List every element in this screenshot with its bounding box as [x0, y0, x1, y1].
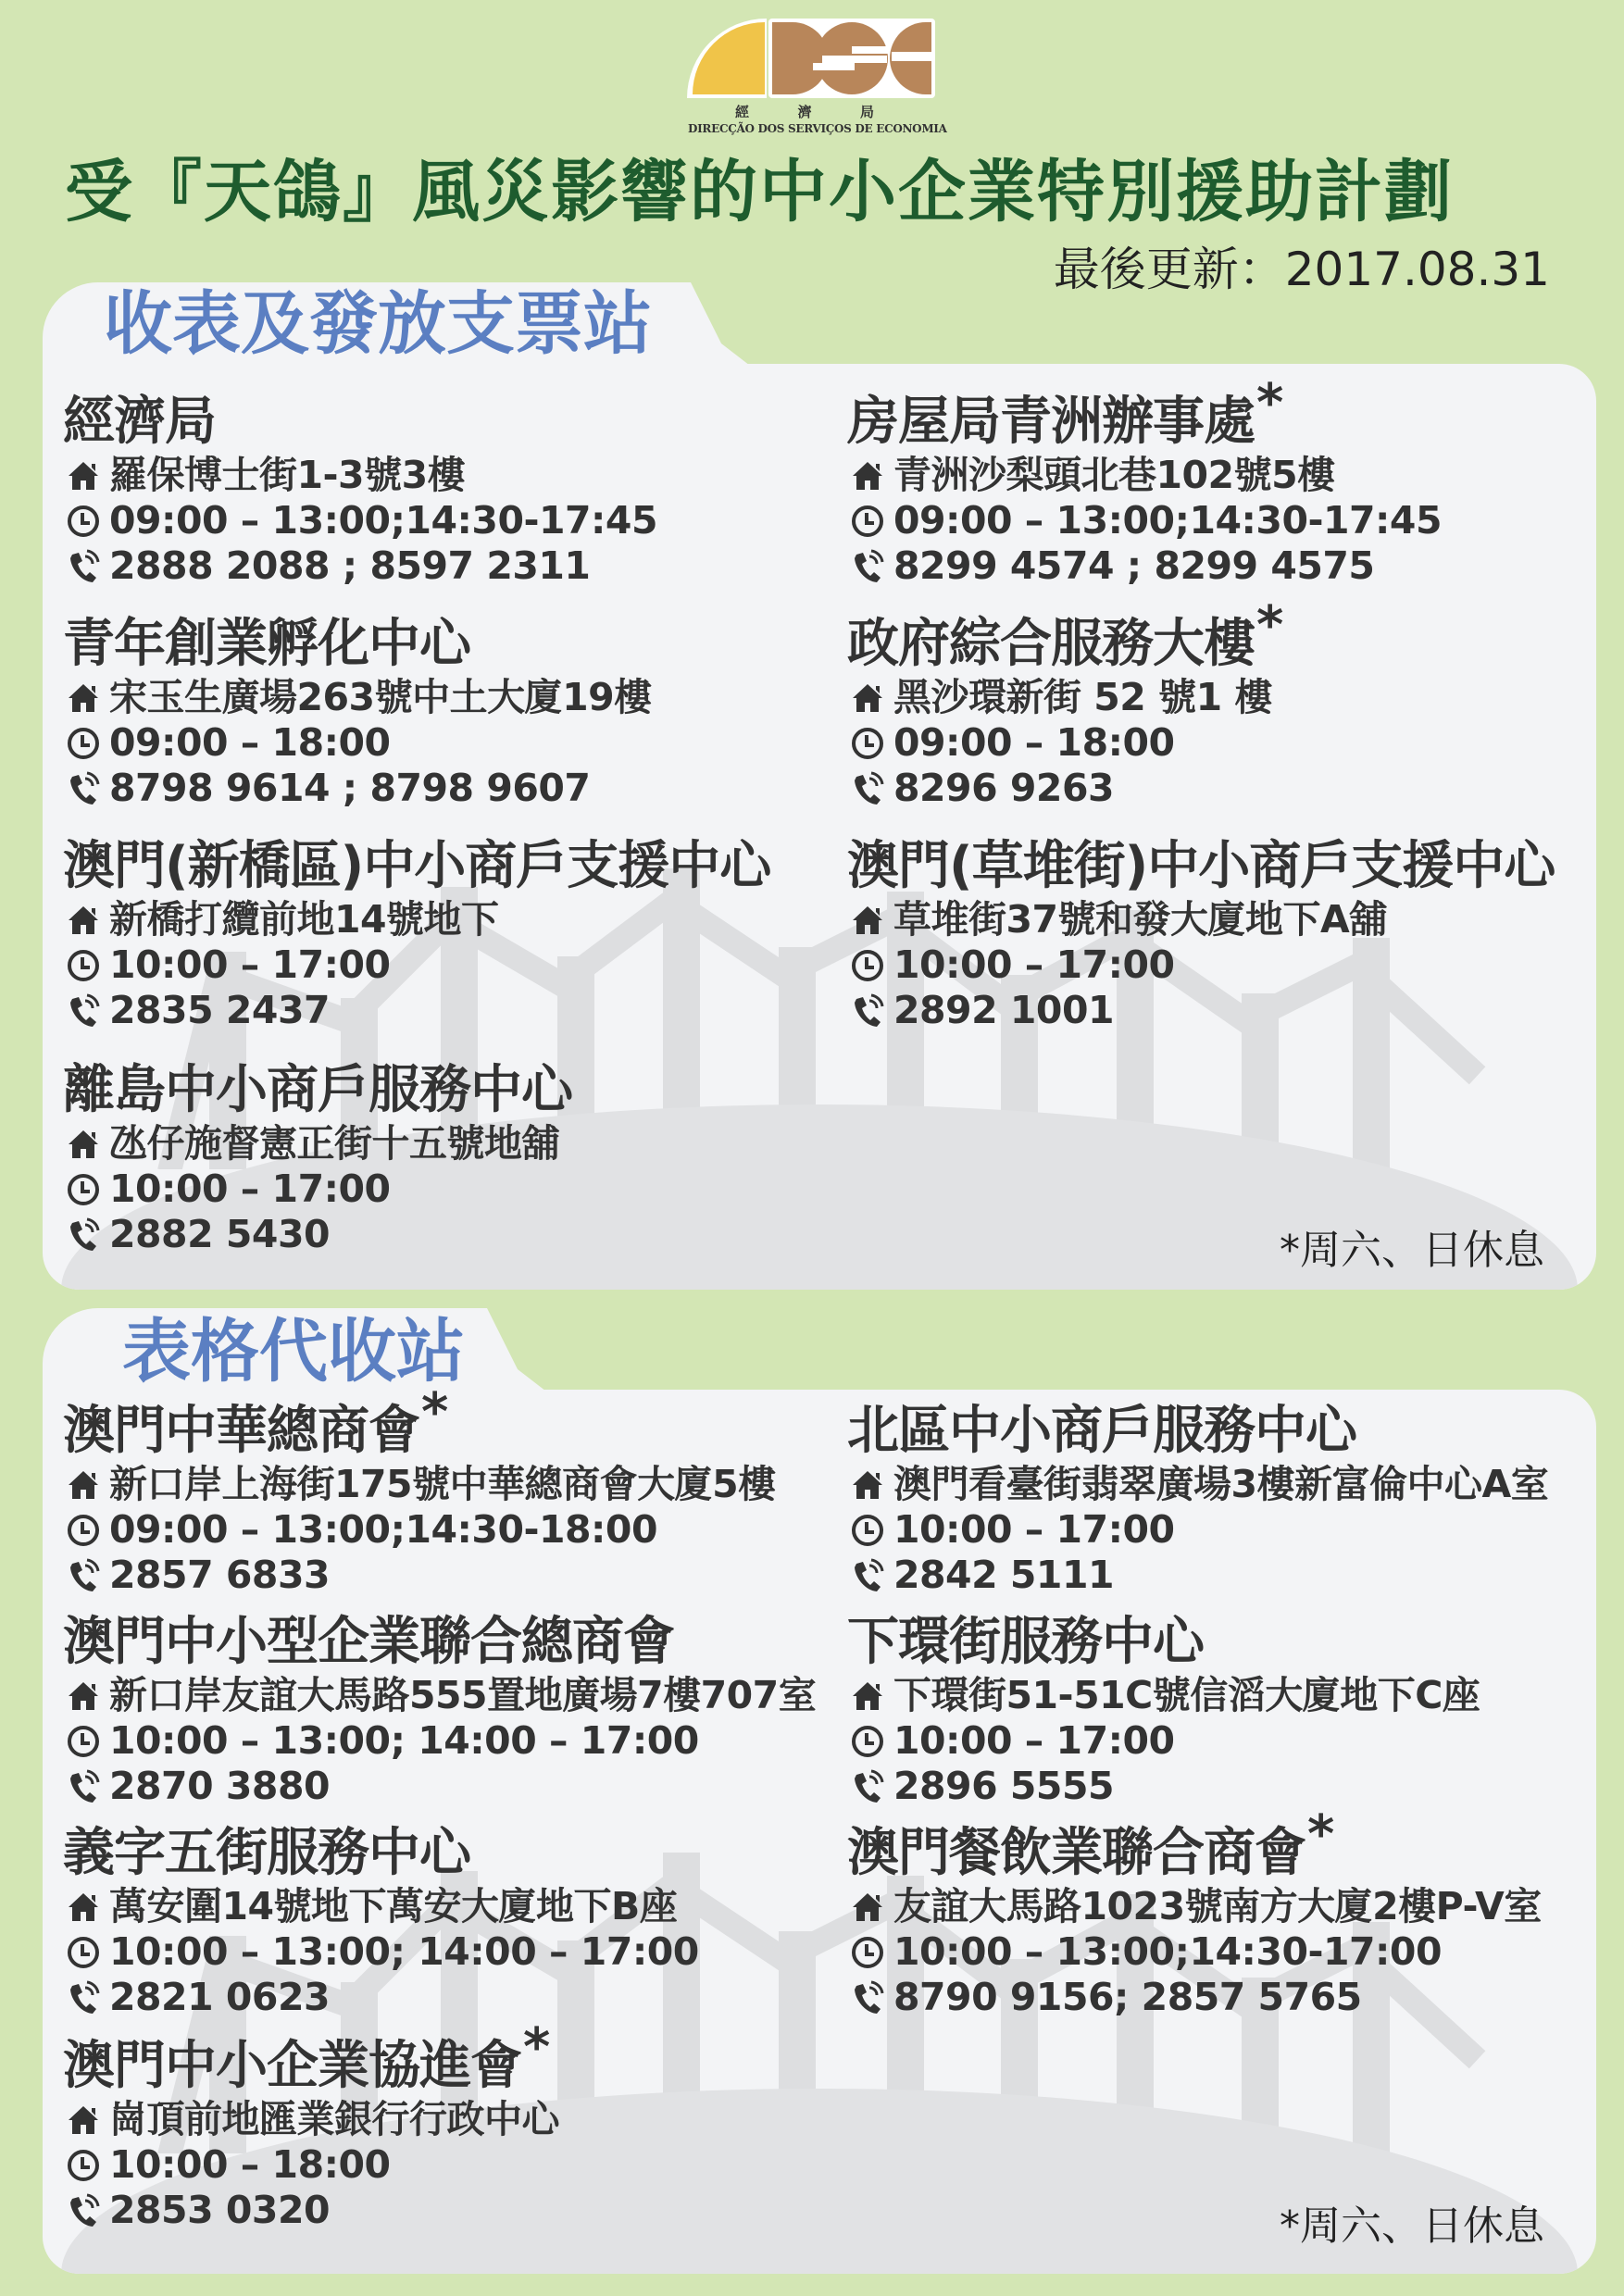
phone-text: 8798 9614 ; 8798 9607 [109, 766, 590, 811]
station-entry: 經濟局 羅保博士街1-3號3樓 09:00 – 13:00;14:30-17:4… [63, 392, 657, 589]
phone-icon [847, 1979, 888, 2016]
station-name-text: 義字五街服務中心 [63, 1823, 470, 1883]
clock-icon [63, 2147, 104, 2184]
hours-text: 10:00 – 13:00; 14:00 – 17:00 [109, 1718, 699, 1764]
house-icon [847, 1678, 888, 1715]
clock-icon [847, 1512, 888, 1549]
station-entry: 澳門中華總商會* 新口岸上海街175號中華總商會大廈5樓 09:00 – 13:… [63, 1401, 776, 1598]
address-line: 新橋打纜前地14號地下 [63, 897, 772, 942]
hours-text: 10:00 – 13:00; 14:00 – 17:00 [109, 1929, 699, 1975]
weekend-closed-marker: * [523, 2017, 549, 2078]
station-entry: 政府綜合服務大樓* 黑沙環新街 52 號1 樓 09:00 – 18:00 82… [847, 614, 1282, 811]
station-name: 澳門(草堆街)中小商戶支援中心 [847, 836, 1556, 897]
clock-icon [63, 725, 104, 762]
hours-text: 09:00 – 13:00;14:30-18:00 [109, 1507, 657, 1553]
clock-icon [63, 1723, 104, 1760]
station-name: 澳門中小企業協進會* [63, 2036, 559, 2097]
house-icon [63, 2102, 104, 2139]
hours-line: 10:00 – 18:00 [63, 2142, 559, 2188]
station-name-text: 房屋局青洲辦事處 [847, 392, 1255, 452]
phone-line: 2882 5430 [63, 1212, 574, 1257]
clock-icon [63, 1512, 104, 1549]
logo-portuguese-name: DIRECÇÃO DOS SERVIÇOS DE ECONOMIA [688, 122, 947, 135]
station-name: 離島中小商戶服務中心 [63, 1060, 574, 1121]
phone-icon [847, 1768, 888, 1805]
phone-line: 2888 2088 ; 8597 2311 [63, 543, 657, 589]
phone-line: 8798 9614 ; 8798 9607 [63, 766, 652, 811]
phone-line: 8299 4574 ; 8299 4575 [847, 543, 1442, 589]
phone-text: 2853 0320 [109, 2188, 330, 2233]
station-entry: 青年創業孵化中心 宋玉生廣場263號中土大廈19樓 09:00 – 18:00 … [63, 614, 652, 811]
address-line: 澳門看臺街翡翠廣場3樓新富倫中心A室 [847, 1462, 1548, 1507]
hours-line: 10:00 – 13:00; 14:00 – 17:00 [63, 1718, 816, 1764]
phone-icon [63, 2192, 104, 2229]
section-collection-and-cheque-stations: 收表及發放支票站 經濟局 羅保博士街1-3號3樓 09:00 – [43, 282, 1596, 1290]
page-title: 受『天鴿』風災影響的中小企業特別援助計劃 [65, 146, 1565, 239]
address-text: 黑沙環新街 52 號1 樓 [893, 675, 1272, 720]
phone-icon [847, 1557, 888, 1594]
address-text: 澳門看臺街翡翠廣場3樓新富倫中心A室 [893, 1462, 1548, 1507]
station-name-text: 青年創業孵化中心 [63, 614, 470, 674]
address-line: 宋玉生廣場263號中土大廈19樓 [63, 675, 652, 720]
hours-text: 10:00 – 17:00 [893, 1507, 1175, 1553]
hours-line: 10:00 – 13:00;14:30-17:00 [847, 1929, 1542, 1975]
phone-line: 8296 9263 [847, 766, 1282, 811]
phone-icon [63, 992, 104, 1029]
station-entry: 澳門(新橋區)中小商戶支援中心 新橋打纜前地14號地下 10:00 – 17:0… [63, 836, 772, 1033]
address-line: 草堆街37號和發大廈地下A舖 [847, 897, 1556, 942]
station-entry: 澳門中小企業協進會* 崗頂前地匯業銀行行政中心 10:00 – 18:00 28… [63, 2036, 559, 2233]
phone-icon [63, 1217, 104, 1254]
phone-text: 2821 0623 [109, 1975, 330, 2020]
address-line: 新口岸上海街175號中華總商會大廈5樓 [63, 1462, 776, 1507]
clock-icon [63, 1934, 104, 1971]
station-entry: 澳門(草堆街)中小商戶支援中心 草堆街37號和發大廈地下A舖 10:00 – 1… [847, 836, 1556, 1033]
station-name-text: 澳門(新橋區)中小商戶支援中心 [63, 836, 770, 896]
clock-icon [847, 1723, 888, 1760]
station-entry: 下環街服務中心 下環街51-51C號信滔大廈地下C座 10:00 – 17:00… [847, 1612, 1480, 1809]
phone-text: 8296 9263 [893, 766, 1114, 811]
phone-text: 2857 6833 [109, 1553, 330, 1598]
address-line: 崗頂前地匯業銀行行政中心 [63, 2097, 559, 2142]
station-name-text: 澳門餐飲業聯合商會 [847, 1823, 1305, 1883]
hours-line: 10:00 – 13:00; 14:00 – 17:00 [63, 1929, 699, 1975]
clock-icon [63, 503, 104, 540]
address-line: 青洲沙梨頭北巷102號5樓 [847, 453, 1442, 498]
phone-icon [847, 770, 888, 807]
house-icon [847, 680, 888, 717]
house-icon [63, 680, 104, 717]
hours-text: 09:00 – 13:00;14:30-17:45 [109, 498, 657, 543]
hours-text: 09:00 – 13:00;14:30-17:45 [893, 498, 1442, 543]
phone-line: 8790 9156; 2857 5765 [847, 1975, 1542, 2020]
station-name: 義字五街服務中心 [63, 1823, 699, 1884]
address-text: 羅保博士街1-3號3樓 [109, 453, 465, 498]
address-line: 友誼大馬路1023號南方大廈2樓P-V室 [847, 1884, 1542, 1929]
hours-line: 09:00 – 13:00;14:30-18:00 [63, 1507, 776, 1553]
station-name-text: 澳門中小型企業聯合總商會 [63, 1612, 674, 1672]
station-entry: 澳門餐飲業聯合商會* 友誼大馬路1023號南方大廈2樓P-V室 10:00 – … [847, 1823, 1542, 2020]
hours-text: 10:00 – 17:00 [109, 1167, 391, 1212]
hours-line: 10:00 – 17:00 [63, 942, 772, 988]
house-icon [847, 457, 888, 494]
station-name: 青年創業孵化中心 [63, 614, 652, 675]
station-name-text: 下環街服務中心 [847, 1612, 1204, 1672]
address-line: 黑沙環新街 52 號1 樓 [847, 675, 1282, 720]
clock-icon [847, 503, 888, 540]
address-text: 青洲沙梨頭北巷102號5樓 [893, 453, 1335, 498]
hours-text: 09:00 – 18:00 [109, 720, 391, 766]
hours-line: 10:00 – 17:00 [63, 1167, 574, 1212]
phone-text: 2882 5430 [109, 1212, 330, 1257]
phone-text: 2835 2437 [109, 988, 330, 1033]
phone-icon [847, 992, 888, 1029]
station-entry: 澳門中小型企業聯合總商會 新口岸友誼大馬路555置地廣場7樓707室 10:00… [63, 1612, 816, 1809]
address-text: 友誼大馬路1023號南方大廈2樓P-V室 [893, 1884, 1542, 1929]
dse-logo-mark [683, 17, 939, 102]
house-icon [63, 457, 104, 494]
address-text: 新口岸上海街175號中華總商會大廈5樓 [109, 1462, 776, 1507]
station-name-text: 澳門(草堆街)中小商戶支援中心 [847, 836, 1555, 896]
address-text: 新橋打纜前地14號地下 [109, 897, 499, 942]
station-name-text: 北區中小商戶服務中心 [847, 1401, 1356, 1461]
station-name: 政府綜合服務大樓* [847, 614, 1282, 675]
phone-line: 2821 0623 [63, 1975, 699, 2020]
house-icon [63, 1466, 104, 1504]
address-line: 氹仔施督憲正街十五號地舖 [63, 1121, 574, 1167]
phone-line: 2842 5111 [847, 1553, 1548, 1598]
station-name: 澳門中華總商會* [63, 1401, 776, 1462]
house-icon [847, 1889, 888, 1926]
phone-text: 2842 5111 [893, 1553, 1114, 1598]
station-name-text: 澳門中華總商會 [63, 1401, 419, 1461]
address-line: 下環街51-51C號信滔大廈地下C座 [847, 1673, 1480, 1718]
dse-logo: 經 濟 局 DIRECÇÃO DOS SERVIÇOS DE ECONOMIA [683, 17, 939, 141]
station-entry: 義字五街服務中心 萬安圍14號地下萬安大廈地下B座 10:00 – 13:00;… [63, 1823, 699, 2020]
logo-char: 濟 [797, 102, 811, 121]
address-line: 羅保博士街1-3號3樓 [63, 453, 657, 498]
clock-icon [63, 947, 104, 984]
house-icon [847, 902, 888, 939]
hours-line: 09:00 – 13:00;14:30-17:45 [847, 498, 1442, 543]
section-title: 表格代收站 [122, 1310, 465, 1393]
phone-icon [63, 548, 104, 585]
section-form-collection-stations: 表格代收站 澳門中華總商會* 新口岸上海街175號中華總商會大廈5樓 [43, 1308, 1596, 2274]
hours-line: 10:00 – 17:00 [847, 942, 1556, 988]
phone-line: 2896 5555 [847, 1764, 1480, 1809]
clock-icon [847, 947, 888, 984]
section-title: 收表及發放支票站 [104, 282, 652, 366]
phone-text: 2870 3880 [109, 1764, 330, 1809]
phone-text: 2888 2088 ; 8597 2311 [109, 543, 590, 589]
clock-icon [63, 1171, 104, 1208]
house-icon [63, 1126, 104, 1163]
phone-line: 2870 3880 [63, 1764, 816, 1809]
station-name: 澳門中小型企業聯合總商會 [63, 1612, 816, 1673]
address-line: 新口岸友誼大馬路555置地廣場7樓707室 [63, 1673, 816, 1718]
address-text: 新口岸友誼大馬路555置地廣場7樓707室 [109, 1673, 816, 1718]
phone-line: 2853 0320 [63, 2188, 559, 2233]
station-name: 澳門(新橋區)中小商戶支援中心 [63, 836, 772, 897]
station-name: 澳門餐飲業聯合商會* [847, 1823, 1542, 1884]
phone-icon [63, 1979, 104, 2016]
clock-icon [847, 1934, 888, 1971]
weekend-closed-marker: * [1256, 595, 1282, 655]
phone-icon [63, 1768, 104, 1805]
hours-text: 10:00 – 17:00 [893, 942, 1175, 988]
hours-text: 10:00 – 18:00 [109, 2142, 391, 2188]
phone-line: 2857 6833 [63, 1553, 776, 1598]
phone-icon [63, 770, 104, 807]
phone-icon [847, 548, 888, 585]
weekend-closed-footnote: *周六、日休息 [1280, 2201, 1544, 2252]
hours-text: 09:00 – 18:00 [893, 720, 1175, 766]
hours-line: 09:00 – 13:00;14:30-17:45 [63, 498, 657, 543]
station-entry: 北區中小商戶服務中心 澳門看臺街翡翠廣場3樓新富倫中心A室 10:00 – 17… [847, 1401, 1548, 1598]
address-text: 萬安圍14號地下萬安大廈地下B座 [109, 1884, 677, 1929]
hours-line: 10:00 – 17:00 [847, 1507, 1548, 1553]
station-name-text: 政府綜合服務大樓 [847, 614, 1255, 674]
address-text: 下環街51-51C號信滔大廈地下C座 [893, 1673, 1480, 1718]
station-entry: 房屋局青洲辦事處* 青洲沙梨頭北巷102號5樓 09:00 – 13:00;14… [847, 392, 1442, 589]
phone-text: 2896 5555 [893, 1764, 1114, 1809]
station-name: 北區中小商戶服務中心 [847, 1401, 1548, 1462]
station-name: 經濟局 [63, 392, 657, 453]
phone-text: 8299 4574 ; 8299 4575 [893, 543, 1374, 589]
address-line: 萬安圍14號地下萬安大廈地下B座 [63, 1884, 699, 1929]
phone-text: 8790 9156; 2857 5765 [893, 1975, 1362, 2020]
logo-char: 經 [735, 102, 749, 121]
house-icon [63, 1678, 104, 1715]
weekend-closed-footnote: *周六、日休息 [1280, 1225, 1544, 1277]
station-name-text: 澳門中小企業協進會 [63, 2036, 521, 2096]
hours-text: 10:00 – 17:00 [109, 942, 391, 988]
weekend-closed-marker: * [1256, 373, 1282, 433]
logo-char: 局 [860, 102, 874, 121]
hours-text: 10:00 – 13:00;14:30-17:00 [893, 1929, 1442, 1975]
weekend-closed-marker: * [1307, 1804, 1333, 1865]
address-text: 宋玉生廣場263號中土大廈19樓 [109, 675, 652, 720]
house-icon [847, 1466, 888, 1504]
house-icon [63, 1889, 104, 1926]
phone-text: 2892 1001 [893, 988, 1114, 1033]
phone-line: 2892 1001 [847, 988, 1556, 1033]
hours-text: 10:00 – 17:00 [893, 1718, 1175, 1764]
station-name: 下環街服務中心 [847, 1612, 1480, 1673]
phone-line: 2835 2437 [63, 988, 772, 1033]
address-text: 崗頂前地匯業銀行行政中心 [109, 2097, 559, 2142]
station-name-text: 經濟局 [63, 392, 216, 452]
logo-chinese-name: 經 濟 局 [735, 102, 874, 121]
hours-line: 09:00 – 18:00 [63, 720, 652, 766]
address-text: 草堆街37號和發大廈地下A舖 [893, 897, 1387, 942]
address-text: 氹仔施督憲正街十五號地舖 [109, 1121, 559, 1167]
hours-line: 10:00 – 17:00 [847, 1718, 1480, 1764]
station-name-text: 離島中小商戶服務中心 [63, 1060, 572, 1120]
station-name: 房屋局青洲辦事處* [847, 392, 1442, 453]
phone-icon [63, 1557, 104, 1594]
clock-icon [847, 725, 888, 762]
station-entry: 離島中小商戶服務中心 氹仔施督憲正街十五號地舖 10:00 – 17:00 28… [63, 1060, 574, 1257]
hours-line: 09:00 – 18:00 [847, 720, 1282, 766]
house-icon [63, 902, 104, 939]
